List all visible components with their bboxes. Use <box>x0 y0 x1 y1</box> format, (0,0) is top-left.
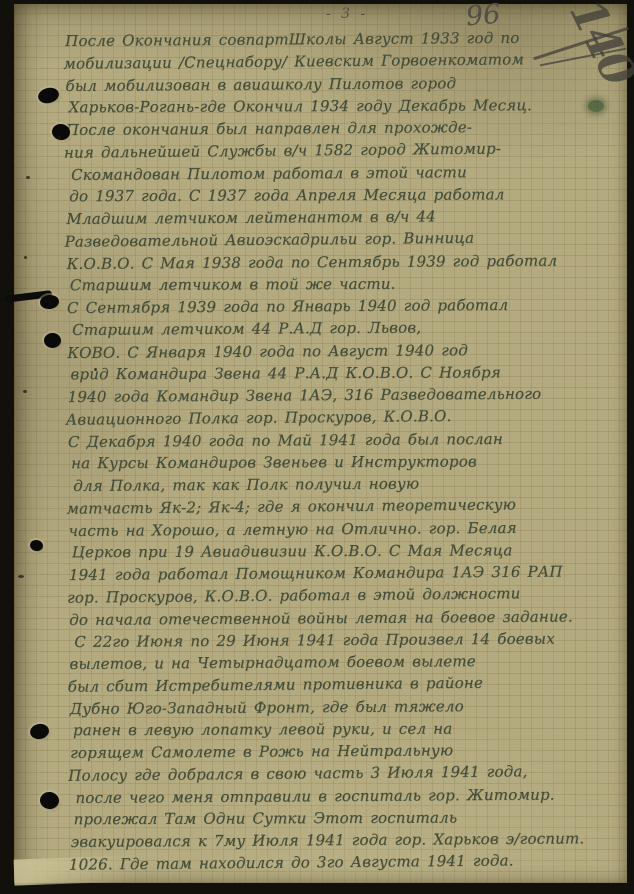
handwritten-line: Церков при 19 Авиадивизии К.О.В.О. С Мая… <box>72 539 628 564</box>
handwritten-line: КОВО. С Января 1940 года по Август 1940 … <box>67 338 623 364</box>
paper-speck <box>94 368 97 371</box>
handwritten-line: Старшим летчиком в той же части. <box>70 272 626 297</box>
handwritten-text-block: После Окончания совпартШколы Август 1933… <box>65 26 627 875</box>
handwritten-line: до 1937 года. С 1937 года Апреля Месяца … <box>69 183 625 208</box>
paper-speck <box>24 256 27 259</box>
handwritten-line: С Декабря 1940 года по Май 1941 года был… <box>68 427 624 453</box>
handwritten-line: Дубно Юго-Западный Фронт, где был тяжело <box>70 694 626 720</box>
page-number-dash: - 3 - <box>326 6 368 22</box>
handwritten-line: на Курсы Командиров Звеньев и Инструктор… <box>71 450 627 475</box>
ink-smudge <box>588 100 604 112</box>
handwritten-line: С 22го Июня по 29 Июня 1941 года Произве… <box>74 627 630 653</box>
handwritten-line: пролежал Там Одни Сутки Этот госпиталь <box>74 806 630 831</box>
handwritten-line: 1026. Где там находился до 3го Августа 1… <box>69 849 625 877</box>
handwritten-line: К.О.В.О. С Мая 1938 года по Сентябрь 193… <box>67 249 623 275</box>
paper-speck <box>58 136 61 140</box>
paper-speck <box>23 390 27 393</box>
handwritten-line: ранен в левую лопатку левой руки, и сел … <box>73 717 629 742</box>
handwritten-line: после чего меня отправили в госпиталь го… <box>75 783 631 809</box>
handwritten-line: часть на Хорошо, а летную на Отлично. го… <box>68 516 624 542</box>
punch-hole <box>44 333 61 348</box>
handwritten-line: врид Командира Звена 44 Р.А.Д К.О.В.О. С… <box>70 361 626 386</box>
handwritten-line: был мобилизован в авиашколу Пилотов горо… <box>65 71 621 97</box>
handwritten-line: Старшим летчиком 44 Р.А.Д гор. Львов, <box>72 315 628 341</box>
paper-speck <box>26 176 30 179</box>
handwritten-line: Харьков-Рогань-где Окончил 1934 году Дек… <box>69 94 625 119</box>
handwritten-line: Скомандован Пилотом работал в этой части <box>71 160 627 186</box>
scanned-document: - 3 - 96 140 После Окончания совпартШкол… <box>0 0 634 894</box>
paper-speck <box>18 575 24 578</box>
